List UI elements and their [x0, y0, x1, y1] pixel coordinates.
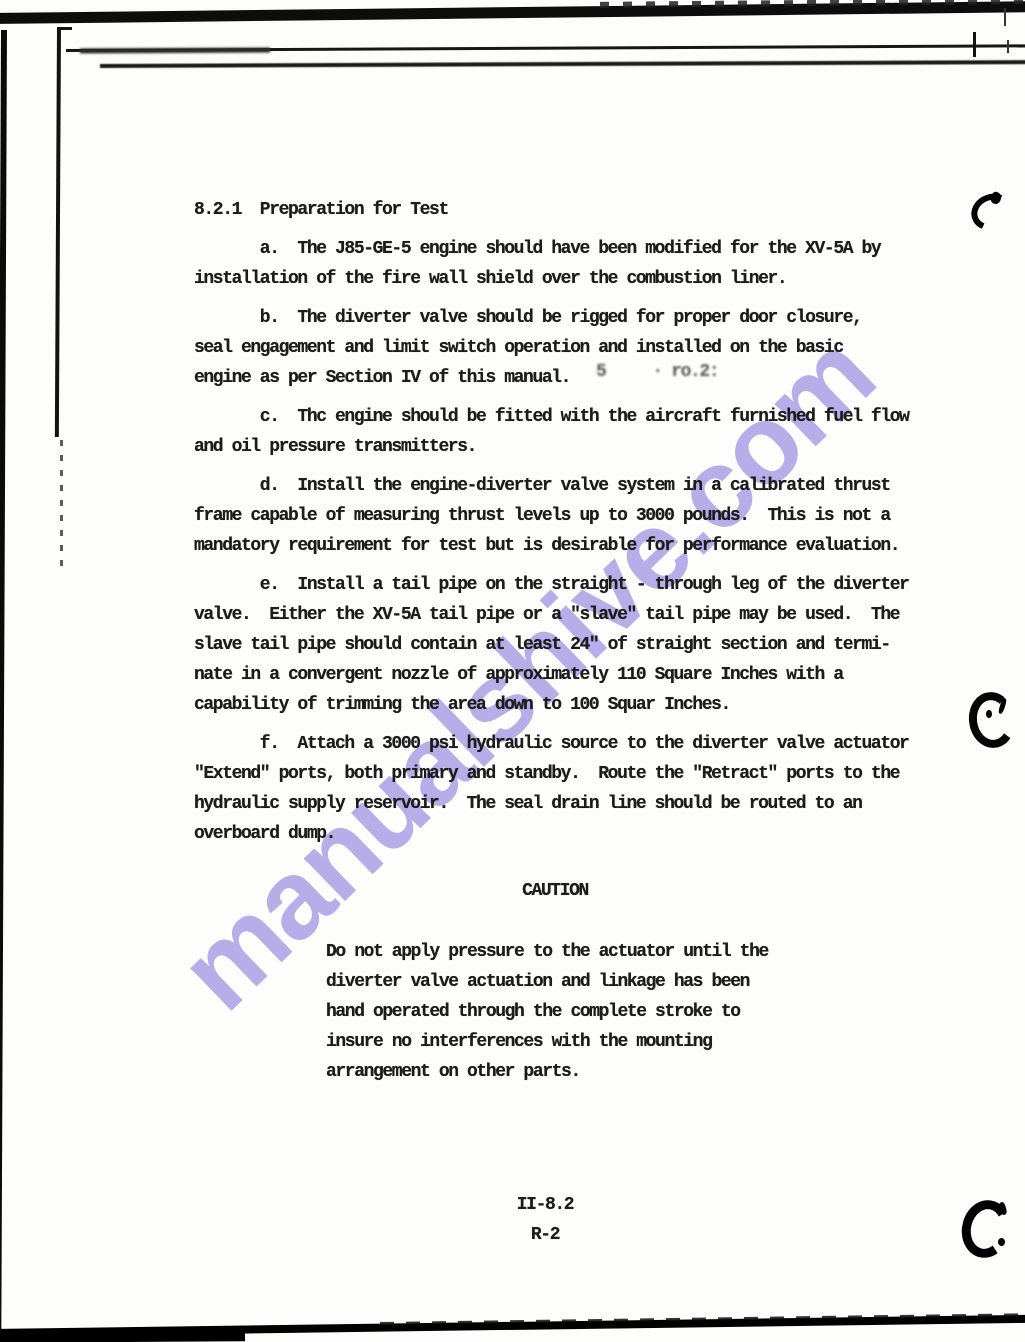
footer-page-number: II-8.2 [184, 1190, 906, 1220]
text-line: a. The J85-GE-5 engine should have been … [194, 234, 916, 264]
scan-left-margin-line [55, 27, 61, 437]
scan-left-margin-hook [57, 27, 72, 30]
scan-right-edge-dash [1004, 8, 1006, 26]
text-line: "Extend" ports, both primary and standby… [194, 759, 916, 789]
scan-bottom-edge-band [0, 1315, 1025, 1337]
document-page: manualshive.com 5 · ro.2: 8.2.1 Preparat… [0, 0, 1025, 1342]
scan-right-edge-dash [1007, 40, 1009, 53]
caution-body: Do not apply pressure to the actuator un… [194, 937, 916, 1087]
text-line: valve. Either the XV-5A tail pipe or a "… [194, 600, 916, 630]
section-heading: 8.2.1 Preparation for Test [194, 195, 916, 225]
text-line: hand operated through the complete strok… [326, 997, 916, 1027]
page-content: 8.2.1 Preparation for Test a. The J85-GE… [194, 195, 916, 1250]
text-line: capability of trimming the area down to … [194, 690, 916, 720]
paragraph: a. The J85-GE-5 engine should have been … [194, 234, 916, 294]
text-line: f. Attach a 3000 psi hydraulic source to… [194, 729, 916, 759]
text-line: insure no interferences with the mountin… [326, 1027, 916, 1057]
footer-revision-number: R-2 [184, 1220, 906, 1250]
scan-top-rule-smudge [80, 48, 270, 54]
text-line: c. Thc engine should be fitted with the … [194, 402, 916, 432]
scan-left-border-line [0, 30, 7, 1330]
text-line: seal engagement and limit switch operati… [194, 333, 916, 363]
text-line: overboard dump. [194, 819, 916, 849]
text-line: and oil pressure transmitters. [194, 432, 916, 462]
text-line: nate in a convergent nozzle of approxima… [194, 660, 916, 690]
text-line: slave tail pipe should contain at least … [194, 630, 916, 660]
hole-punch-mark-top [966, 188, 1018, 236]
hole-punch-mark-top [989, 191, 1003, 206]
scan-bottom-corner-mark [0, 1333, 245, 1342]
paragraph: c. Thc engine should be fitted with the … [194, 402, 916, 462]
hole-punch-mark-middle [965, 689, 1018, 751]
hole-punch-mark-bottom [998, 1238, 1005, 1246]
paragraph: e. Install a tail pipe on the straight -… [194, 570, 916, 720]
body-paragraphs: a. The J85-GE-5 engine should have been … [194, 234, 916, 849]
scan-tick-mark [973, 32, 976, 57]
hole-punch-mark-bottom [998, 1201, 1007, 1215]
text-line: installation of the fire wall shield ove… [194, 264, 916, 294]
text-line: d. Install the engine-diverter valve sys… [194, 471, 916, 501]
text-line: b. The diverter valve should be rigged f… [194, 303, 916, 333]
paragraph: f. Attach a 3000 psi hydraulic source to… [194, 729, 916, 849]
page-footer: II-8.2 R-2 [184, 1190, 906, 1250]
paragraph: d. Install the engine-diverter valve sys… [194, 471, 916, 561]
text-line: frame capable of measuring thrust levels… [194, 501, 916, 531]
text-line: mandatory requirement for test but is de… [194, 531, 916, 561]
text-line: hydraulic supply reservoir. The seal dra… [194, 789, 916, 819]
scan-top-rule-line [66, 44, 1025, 51]
scan-left-margin-fade [60, 440, 63, 568]
hole-punch-mark-middle [986, 710, 992, 718]
scan-top-edge-ruffle [600, 0, 1024, 8]
scan-top-rule-line-2 [100, 60, 1025, 68]
text-line: engine as per Section IV of this manual. [194, 363, 916, 393]
text-line: Do not apply pressure to the actuator un… [326, 937, 916, 967]
text-line: e. Install a tail pipe on the straight -… [194, 570, 916, 600]
scan-bottom-speckle [380, 1313, 1025, 1325]
hole-punch-mark-bottom [956, 1196, 1015, 1263]
scan-top-edge-band [0, 1, 1025, 24]
text-line: arrangement on other parts. [326, 1057, 916, 1087]
text-line: diverter valve actuation and linkage has… [326, 967, 916, 997]
paragraph: b. The diverter valve should be rigged f… [194, 303, 916, 393]
caution-heading: CAUTION [194, 876, 916, 906]
hole-punch-mark-middle [998, 698, 1008, 715]
